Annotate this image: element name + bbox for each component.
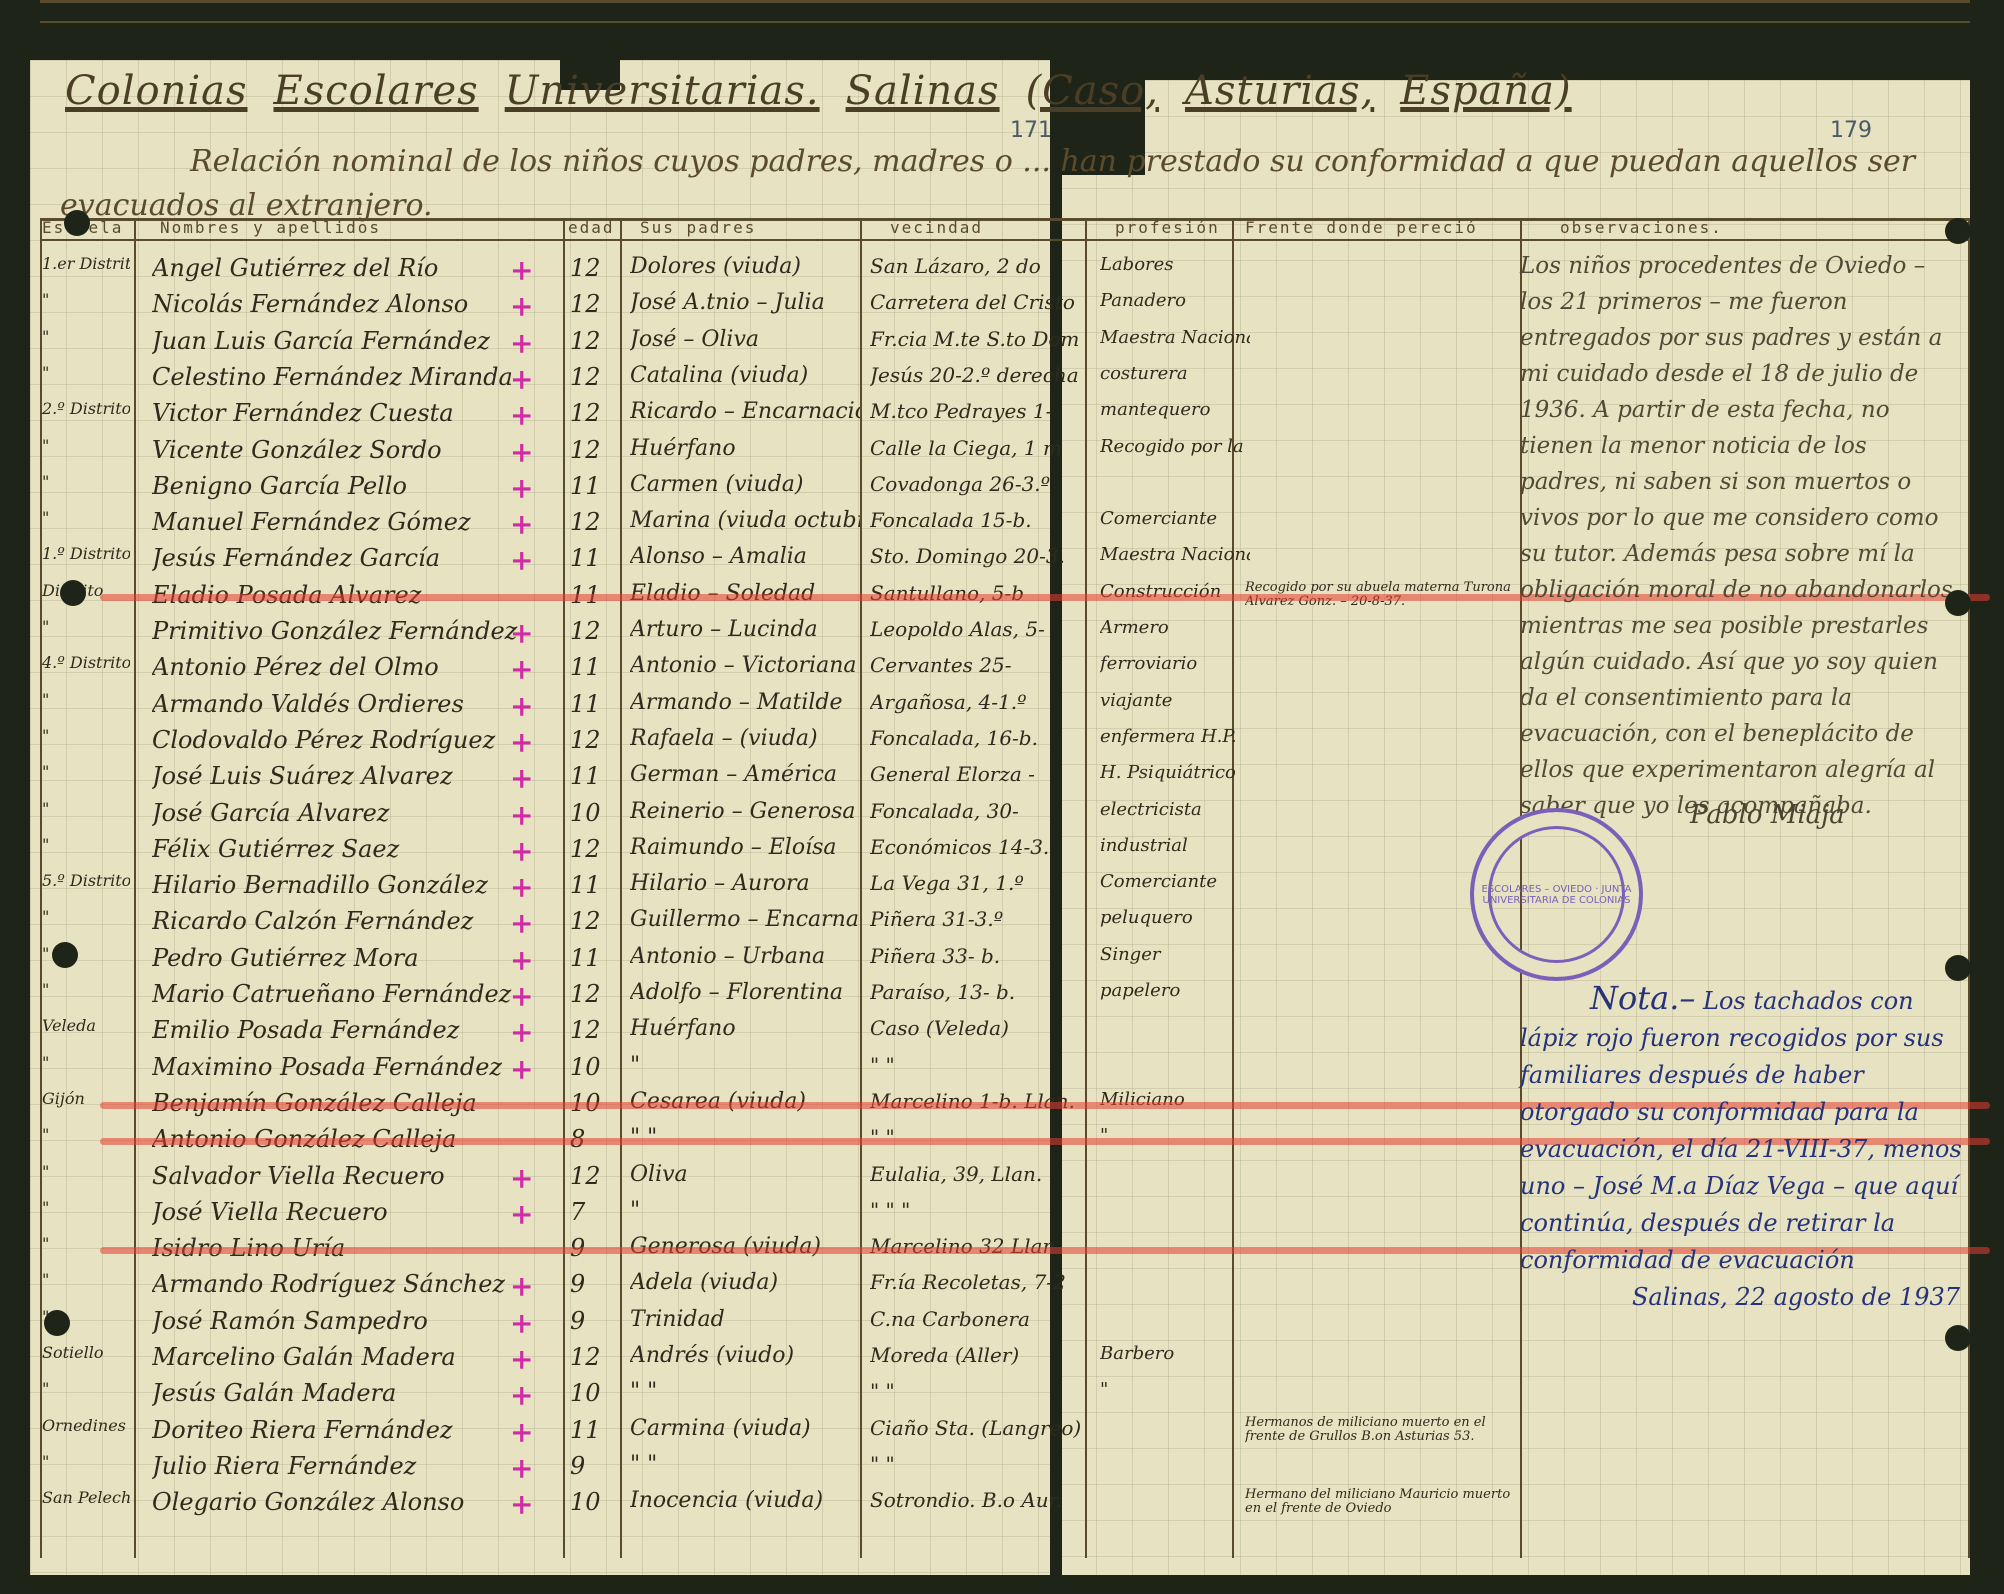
parents-cell: Raimundo – Eloísa (630, 835, 860, 860)
age-cell: 12 (570, 617, 610, 645)
table-row: "Julio Riera Fernández+9" "" " (40, 1448, 1510, 1484)
parents-cell: Guillermo – Encarnación (630, 907, 860, 932)
address-cell: " " (870, 1379, 1080, 1403)
age-cell: 10 (570, 799, 610, 827)
parents-cell: Carmina (viuda) (630, 1416, 860, 1441)
age-cell: 11 (570, 1416, 610, 1444)
table-row: "José Viella Recuero+7"" " " (40, 1194, 1510, 1230)
district-cell: 1.er Distrito (42, 254, 130, 273)
cross-mark-icon: + (510, 544, 540, 577)
district-cell: " (42, 762, 130, 781)
district-cell: " (42, 1452, 130, 1471)
table-row: "Armando Rodríguez Sánchez+9Adela (viuda… (40, 1266, 1510, 1302)
title-word: España) (1400, 68, 1571, 114)
district-cell: " (42, 508, 130, 527)
table-row: "Armando Valdés Ordieres+11Armando – Mat… (40, 686, 1510, 722)
punch-hole (1945, 955, 1971, 981)
note-title: Nota.– (1520, 979, 1695, 1017)
punch-hole (1945, 590, 1971, 616)
district-cell: " (42, 436, 130, 455)
address-cell: Caso (Veleda) (870, 1016, 1080, 1040)
district-cell: Gijón (42, 1089, 130, 1108)
profession-cell: Maestra Nacional (1100, 544, 1250, 565)
title-word: Salinas (846, 68, 1000, 114)
profession-cell: Barbero (1100, 1343, 1250, 1364)
address-cell: Eulalia, 39, Llan. (870, 1162, 1080, 1186)
age-cell: 11 (570, 581, 610, 609)
district-cell: " (42, 327, 130, 346)
child-name-cell: Isidro Lino Uría (152, 1234, 572, 1262)
cross-mark-icon: + (510, 980, 540, 1013)
address-cell: Sotrondio. B.o Aur. (870, 1488, 1080, 1512)
address-cell: Económicos 14-3. (870, 835, 1080, 859)
child-name-cell: Clodovaldo Pérez Rodríguez (152, 726, 572, 754)
parents-cell: Andrés (viudo) (630, 1343, 860, 1368)
cross-mark-icon: + (510, 835, 540, 868)
address-cell: Paraíso, 13- b. (870, 980, 1080, 1004)
punch-hole (44, 1310, 70, 1336)
front-note-cell: Hermanos de miliciano muerto en el frent… (1245, 1416, 1525, 1444)
district-cell: " (42, 726, 130, 745)
address-cell: Santullano, 5-b (870, 581, 1080, 605)
front-note-cell: Hermano del miliciano Mauricio muerto en… (1245, 1488, 1525, 1516)
profession-cell: Armero (1100, 617, 1250, 638)
observations-text: Los niños procedentes de Oviedo – los 21… (1520, 248, 1960, 824)
age-cell: 11 (570, 472, 610, 500)
child-name-cell: José Luis Suárez Alvarez (152, 762, 572, 790)
district-cell: Ornedines (42, 1416, 130, 1435)
table-row: GijónBenjamín González Calleja10Cesarea … (40, 1085, 1510, 1121)
address-cell: C.na Carbonera (870, 1307, 1080, 1331)
district-cell: San Pelechón (42, 1488, 130, 1507)
address-cell: Piñera 33- b. (870, 944, 1080, 968)
cross-mark-icon: + (510, 1053, 540, 1086)
child-name-cell: Hilario Bernadillo González (152, 871, 572, 899)
table-row: "José Luis Suárez Alvarez+11German – Amé… (40, 758, 1510, 794)
table-row: "Juan Luis García Fernández+12José – Oli… (40, 323, 1510, 359)
table-row: "Maximino Posada Fernández+10"" " (40, 1049, 1510, 1085)
table-row: 4.º DistritoAntonio Pérez del Olmo+11Ant… (40, 649, 1510, 685)
title-word: (Caso, (1026, 68, 1159, 114)
punch-hole (64, 210, 90, 236)
punch-hole (1945, 1325, 1971, 1351)
cross-mark-icon: + (510, 871, 540, 904)
cross-mark-icon: + (510, 1379, 540, 1412)
cross-mark-icon: + (510, 1452, 540, 1485)
profession-cell: Maestra Nacional (1100, 327, 1250, 348)
parents-cell: Huérfano (630, 436, 860, 461)
cross-mark-icon: + (510, 290, 540, 323)
table-row: "Félix Gutiérrez Saez+12Raimundo – Eloís… (40, 831, 1510, 867)
parents-cell: Carmen (viuda) (630, 472, 860, 497)
profession-cell: costurera (1100, 363, 1250, 384)
address-cell: Moreda (Aller) (870, 1343, 1080, 1367)
address-cell: Fr.ía Recoletas, 7-2 (870, 1270, 1080, 1294)
child-name-cell: Juan Luis García Fernández (152, 327, 572, 355)
profession-cell: enfermera H.P. (1100, 726, 1250, 747)
profession-cell: Singer (1100, 944, 1250, 965)
parents-cell: " " (630, 1379, 860, 1404)
child-name-cell: Antonio Pérez del Olmo (152, 653, 572, 681)
table-row: 2.º DistritoVictor Fernández Cuesta+12Ri… (40, 395, 1510, 431)
address-cell: " " (870, 1053, 1080, 1077)
age-cell: 10 (570, 1379, 610, 1407)
child-name-cell: José Ramón Sampedro (152, 1307, 572, 1335)
profession-cell: Construcción (1100, 581, 1250, 602)
age-cell: 12 (570, 1343, 610, 1371)
address-cell: Jesús 20-2.º derecha (870, 363, 1080, 387)
child-name-cell: Maximino Posada Fernández (152, 1053, 572, 1081)
table-row: "Benigno García Pello+11Carmen (viuda)Co… (40, 468, 1510, 504)
table-row: SotielloMarcelino Galán Madera+12Andrés … (40, 1339, 1510, 1375)
address-cell: Covadonga 26-3.º (870, 472, 1080, 496)
age-cell: 9 (570, 1270, 610, 1298)
profession-cell: mantequero (1100, 399, 1250, 420)
parents-cell: Dolores (viuda) (630, 254, 860, 279)
signature: Pablo Miaja (1690, 800, 1845, 830)
address-cell: Piñera 31-3.º (870, 907, 1080, 931)
cross-mark-icon: + (510, 1343, 540, 1376)
address-cell: San Lázaro, 2 do (870, 254, 1080, 278)
child-name-cell: Julio Riera Fernández (152, 1452, 572, 1480)
child-name-cell: Nicolás Fernández Alonso (152, 290, 572, 318)
table-row: 5.º DistritoHilario Bernadillo González+… (40, 867, 1510, 903)
district-cell: " (42, 907, 130, 926)
profession-cell: H. Psiquiátrico (1100, 762, 1250, 783)
parents-cell: " " (630, 1452, 860, 1477)
note-text: Los tachados con lápiz rojo fueron recog… (1520, 987, 1962, 1274)
age-cell: 11 (570, 762, 610, 790)
address-cell: Marcelino 32 Llan. (870, 1234, 1080, 1258)
age-cell: 9 (570, 1307, 610, 1335)
parents-cell: Rafaela – (viuda) (630, 726, 860, 751)
table-row: "Mario Catrueñano Fernández+12Adolfo – F… (40, 976, 1510, 1012)
age-cell: 11 (570, 690, 610, 718)
child-name-cell: Ricardo Calzón Fernández (152, 907, 572, 935)
document-title: ColoniasEscolaresUniversitarias.Salinas(… (65, 68, 1598, 114)
address-cell: Argañosa, 4-1.º (870, 690, 1080, 714)
parents-cell: Alonso – Amalia (630, 544, 860, 569)
address-cell: Sto. Domingo 20-3. (870, 544, 1080, 568)
parents-cell: Reinerio – Generosa (630, 799, 860, 824)
profession-cell: industrial (1100, 835, 1250, 856)
district-cell: " (42, 1125, 130, 1144)
age-cell: 12 (570, 254, 610, 282)
child-name-cell: Armando Rodríguez Sánchez (152, 1270, 572, 1298)
profession-cell: Comerciante (1100, 871, 1250, 892)
age-cell: 11 (570, 944, 610, 972)
parents-cell: Cesarea (viuda) (630, 1089, 860, 1114)
cross-mark-icon: + (510, 1016, 540, 1049)
age-cell: 12 (570, 290, 610, 318)
cross-mark-icon: + (510, 327, 540, 360)
address-cell: La Vega 31, 1.º (870, 871, 1080, 895)
child-name-cell: Pedro Gutiérrez Mora (152, 944, 572, 972)
profession-cell: viajante (1100, 690, 1250, 711)
parents-cell: Inocencia (viuda) (630, 1488, 860, 1513)
age-cell: 12 (570, 436, 610, 464)
child-name-cell: José Viella Recuero (152, 1198, 572, 1226)
table-row: "Nicolás Fernández Alonso+12José A.tnio … (40, 286, 1510, 322)
parents-cell: Armando – Matilde (630, 690, 860, 715)
cross-mark-icon: + (510, 690, 540, 723)
profession-cell: ferroviario (1100, 653, 1250, 674)
district-cell: " (42, 617, 130, 636)
district-cell: 2.º Distrito (42, 399, 130, 418)
parents-cell: Adela (viuda) (630, 1270, 860, 1295)
child-name-cell: Emilio Posada Fernández (152, 1016, 572, 1044)
cross-mark-icon: + (510, 726, 540, 759)
age-cell: 10 (570, 1488, 610, 1516)
parents-cell: Arturo – Lucinda (630, 617, 860, 642)
address-cell: " " (870, 1125, 1080, 1149)
title-word: Asturias, (1185, 68, 1374, 114)
child-name-cell: Salvador Viella Recuero (152, 1162, 572, 1190)
parents-cell: Catalina (viuda) (630, 363, 860, 388)
district-cell: " (42, 1053, 130, 1072)
cross-mark-icon: + (510, 617, 540, 650)
table-row: OrnedinesDoriteo Riera Fernández+11Carmi… (40, 1412, 1510, 1448)
address-cell: Marcelino 1-b. Llan. (870, 1089, 1080, 1113)
profession-cell: peluquero (1100, 907, 1250, 928)
parents-cell: " (630, 1053, 860, 1078)
parents-cell: José – Oliva (630, 327, 860, 352)
cross-mark-icon: + (510, 1198, 540, 1231)
punch-hole (1945, 218, 1971, 244)
table-row: "Manuel Fernández Gómez+12Marina (viuda … (40, 504, 1510, 540)
title-word: Colonias (65, 68, 248, 114)
document-subtitle: Relación nominal de los niños cuyos padr… (60, 140, 1980, 228)
age-cell: 12 (570, 980, 610, 1008)
age-cell: 11 (570, 544, 610, 572)
official-stamp: ESCOLARES – OVIEDO · JUNTA UNIVERSITARIA… (1470, 808, 1643, 981)
profession-cell: papelero (1100, 980, 1250, 1001)
district-cell: " (42, 290, 130, 309)
age-cell: 10 (570, 1089, 610, 1117)
address-cell: Calle la Ciega, 1 m (870, 436, 1080, 460)
child-name-cell: Vicente González Sordo (152, 436, 572, 464)
title-word: Escolares (274, 68, 479, 114)
column-divider (1968, 218, 1970, 1558)
district-cell: Sotiello (42, 1343, 130, 1362)
age-cell: 12 (570, 1162, 610, 1190)
district-cell: Distrito (42, 581, 130, 600)
title-word: Universitarias. (505, 68, 820, 114)
cross-mark-icon: + (510, 1270, 540, 1303)
child-name-cell: Benjamín González Calleja (152, 1089, 572, 1117)
age-cell: 12 (570, 327, 610, 355)
parents-cell: Huérfano (630, 1016, 860, 1041)
parents-cell: Eladio – Soledad (630, 581, 860, 606)
address-cell: M.tco Pedrayes 1- (870, 399, 1080, 423)
cross-mark-icon: + (510, 1162, 540, 1195)
parents-cell: José A.tnio – Julia (630, 290, 860, 315)
address-cell: General Elorza - (870, 762, 1080, 786)
age-cell: 10 (570, 1053, 610, 1081)
address-cell: Foncalada 15-b. (870, 508, 1080, 532)
child-name-cell: Doriteo Riera Fernández (152, 1416, 572, 1444)
profession-cell: Miliciano (1100, 1089, 1250, 1110)
cross-mark-icon: + (510, 508, 540, 541)
age-cell: 12 (570, 907, 610, 935)
subtitle-text: Relación nominal de los niños cuyos padr… (60, 144, 1915, 223)
age-cell: 11 (570, 871, 610, 899)
table-row: 1.º DistritoJesús Fernández García+11Alo… (40, 540, 1510, 576)
parents-cell: Antonio – Victoriana (630, 653, 860, 678)
child-name-cell: Félix Gutiérrez Saez (152, 835, 572, 863)
address-cell: " " " (870, 1198, 1080, 1222)
cross-mark-icon: + (510, 907, 540, 940)
child-name-cell: Primitivo González Fernández (152, 617, 572, 645)
parents-cell: Ricardo – Encarnación (630, 399, 860, 424)
child-name-cell: Antonio González Calleja (152, 1125, 572, 1153)
child-name-cell: Jesús Galán Madera (152, 1379, 572, 1407)
parents-cell: Antonio – Urbana (630, 944, 860, 969)
child-name-cell: Celestino Fernández Miranda (152, 363, 572, 391)
address-cell: Carretera del Cristo (870, 290, 1080, 314)
district-cell: " (42, 363, 130, 382)
parents-cell: Oliva (630, 1162, 860, 1187)
district-cell: " (42, 1162, 130, 1181)
district-cell: " (42, 1198, 130, 1217)
table-row: VeledaEmilio Posada Fernández+12Huérfano… (40, 1012, 1510, 1048)
profession-cell: Comerciante (1100, 508, 1250, 529)
stamp-text: ESCOLARES – OVIEDO · JUNTA UNIVERSITARIA… (1474, 884, 1639, 906)
profession-cell: Recogido por la abuela. (1100, 436, 1250, 457)
cross-mark-icon: + (510, 1416, 540, 1449)
table-row: "Jesús Galán Madera+10" "" "" (40, 1375, 1510, 1411)
table-row: 1.er DistritoAngel Gutiérrez del Río+12D… (40, 250, 1510, 286)
district-cell: " (42, 835, 130, 854)
district-cell: " (42, 472, 130, 491)
cross-mark-icon: + (510, 436, 540, 469)
profession-cell: electricista (1100, 799, 1250, 820)
address-cell: Leopoldo Alas, 5- (870, 617, 1080, 641)
header-border (40, 218, 1970, 241)
note-date: Salinas, 22 agosto de 1937 (1520, 1279, 1970, 1316)
parents-cell: Hilario – Aurora (630, 871, 860, 896)
district-cell: 4.º Distrito (42, 653, 130, 672)
punch-hole (60, 580, 86, 606)
header-rule (40, 0, 1970, 23)
table-row: "Antonio González Calleja8" "" "" (40, 1121, 1510, 1157)
table-row: "Pedro Gutiérrez Mora+11Antonio – Urbana… (40, 940, 1510, 976)
profession-cell: " (1100, 1125, 1250, 1146)
profession-cell: " (1100, 1379, 1250, 1400)
district-cell: " (42, 1234, 130, 1253)
profession-cell: Labores (1100, 254, 1250, 275)
age-cell: 12 (570, 399, 610, 427)
child-name-cell: Victor Fernández Cuesta (152, 399, 572, 427)
child-name-cell: Armando Valdés Ordieres (152, 690, 572, 718)
district-cell: 5.º Distrito (42, 871, 130, 890)
district-cell: 1.º Distrito (42, 544, 130, 563)
note-block: Nota.– Los tachados con lápiz rojo fuero… (1520, 980, 1970, 1316)
table-row: "Salvador Viella Recuero+12OlivaEulalia,… (40, 1158, 1510, 1194)
district-cell: " (42, 690, 130, 709)
age-cell: 12 (570, 363, 610, 391)
address-cell: Foncalada, 16-b. (870, 726, 1080, 750)
child-name-cell: Marcelino Galán Madera (152, 1343, 572, 1371)
age-cell: 7 (570, 1198, 610, 1226)
table-row: "Clodovaldo Pérez Rodríguez+12Rafaela – … (40, 722, 1510, 758)
age-cell: 11 (570, 653, 610, 681)
cross-mark-icon: + (510, 399, 540, 432)
address-cell: Fr.cia M.te S.to Domin. (870, 327, 1080, 351)
address-cell: Foncalada, 30- (870, 799, 1080, 823)
child-name-cell: Benigno García Pello (152, 472, 572, 500)
cross-mark-icon: + (510, 363, 540, 396)
cross-mark-icon: + (510, 254, 540, 287)
parents-cell: Marina (viuda octubre) (630, 508, 860, 533)
age-cell: 8 (570, 1125, 610, 1153)
district-cell: " (42, 799, 130, 818)
child-name-cell: Manuel Fernández Gómez (152, 508, 572, 536)
age-cell: 12 (570, 726, 610, 754)
cross-mark-icon: + (510, 799, 540, 832)
age-cell: 12 (570, 1016, 610, 1044)
parents-cell: " " (630, 1125, 860, 1150)
parents-cell: Generosa (viuda) (630, 1234, 860, 1259)
district-cell: " (42, 1270, 130, 1289)
age-cell: 9 (570, 1234, 610, 1262)
child-name-cell: Jesús Fernández García (152, 544, 572, 572)
table-row: San PelechónOlegario González Alonso+10I… (40, 1484, 1510, 1520)
address-cell: Cervantes 25- (870, 653, 1080, 677)
table-row: "Primitivo González Fernández+12Arturo –… (40, 613, 1510, 649)
parents-cell: German – América (630, 762, 860, 787)
cross-mark-icon: + (510, 1488, 540, 1521)
age-cell: 12 (570, 835, 610, 863)
cross-mark-icon: + (510, 472, 540, 505)
cross-mark-icon: + (510, 762, 540, 795)
child-name-cell: Angel Gutiérrez del Río (152, 254, 572, 282)
table-row: "Isidro Lino Uría9Generosa (viuda)Marcel… (40, 1230, 1510, 1266)
district-cell: " (42, 1379, 130, 1398)
address-cell: " " (870, 1452, 1080, 1476)
punch-hole (52, 942, 78, 968)
table-row: "José García Alvarez+10Reinerio – Genero… (40, 795, 1510, 831)
front-note-cell: Recogido por su abuela materna Turona Al… (1245, 581, 1525, 609)
age-cell: 9 (570, 1452, 610, 1480)
cross-mark-icon: + (510, 653, 540, 686)
child-name-cell: José García Alvarez (152, 799, 572, 827)
table-row: "José Ramón Sampedro+9TrinidadC.na Carbo… (40, 1303, 1510, 1339)
age-cell: 12 (570, 508, 610, 536)
district-cell: Veleda (42, 1016, 130, 1035)
parents-cell: " (630, 1198, 860, 1223)
parents-cell: Adolfo – Florentina (630, 980, 860, 1005)
profession-cell: Panadero (1100, 290, 1250, 311)
table-row: "Vicente González Sordo+12HuérfanoCalle … (40, 432, 1510, 468)
child-name-cell: Olegario González Alonso (152, 1488, 572, 1516)
child-name-cell: Mario Catrueñano Fernández (152, 980, 572, 1008)
cross-mark-icon: + (510, 944, 540, 977)
table-row: DistritoEladio Posada Alvarez11Eladio – … (40, 577, 1510, 613)
address-cell: Ciaño Sta. (Langreo) (870, 1416, 1080, 1440)
parents-cell: Trinidad (630, 1307, 860, 1332)
table-row: "Celestino Fernández Miranda+12Catalina … (40, 359, 1510, 395)
cross-mark-icon: + (510, 1307, 540, 1340)
table-row: "Ricardo Calzón Fernández+12Guillermo – … (40, 903, 1510, 939)
child-name-cell: Eladio Posada Alvarez (152, 581, 572, 609)
district-cell: " (42, 980, 130, 999)
